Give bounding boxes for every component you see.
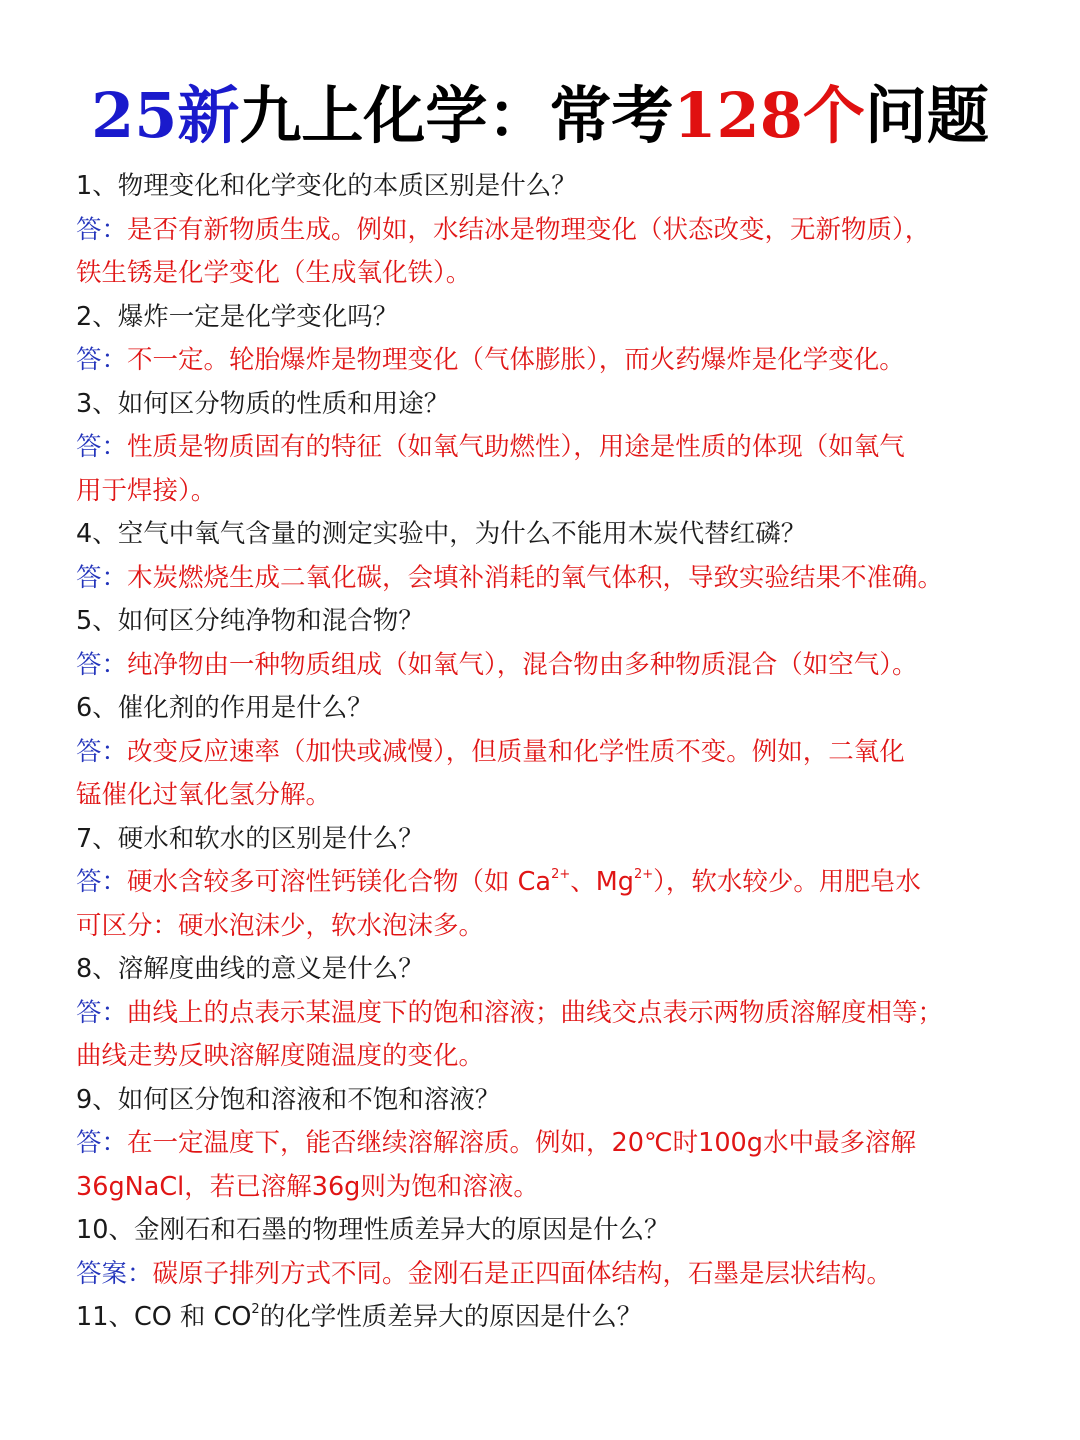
answer-9: 答：在一定温度下，能否继续溶解溶质。例如，20℃时100g水中最多溶解 bbox=[76, 1122, 1026, 1166]
answer-label: 答： bbox=[76, 563, 127, 593]
superscript-charge: 2+ bbox=[634, 867, 653, 882]
question-2: 2、爆炸一定是化学变化吗？ bbox=[76, 296, 1026, 340]
answer-9-cont: 36gNaCl，若已溶解36g则为饱和溶液。 bbox=[76, 1166, 1026, 1210]
answer-6: 答：改变反应速率（加快或减慢），但质量和化学性质不变。例如，二氧化 bbox=[76, 731, 1026, 775]
answer-10: 答案：碳原子排列方式不同。金刚石是正四面体结构，石墨是层状结构。 bbox=[76, 1253, 1026, 1297]
answer-text: 碳原子排列方式不同。金刚石是正四面体结构，石墨是层状结构。 bbox=[153, 1259, 893, 1289]
answer-label: 答： bbox=[76, 867, 127, 897]
answer-text: 硬水含较多可溶性钙镁化合物（如 Ca2+、Mg2+），软水较少。用肥皂水 bbox=[127, 867, 921, 897]
superscript: 2 bbox=[251, 1302, 259, 1317]
answer-text: 木炭燃烧生成二氧化碳，会填补消耗的氧气体积，导致实验结果不准确。 bbox=[127, 563, 943, 593]
page-title: 25新九上化学：常考128个问题 bbox=[0, 78, 1080, 154]
answer-label: 答： bbox=[76, 215, 127, 245]
answer-text: 在一定温度下，能否继续溶解溶质。例如，20℃时100g水中最多溶解 bbox=[127, 1128, 916, 1158]
answer-label: 答： bbox=[76, 345, 127, 375]
answer-4: 答：木炭燃烧生成二氧化碳，会填补消耗的氧气体积，导致实验结果不准确。 bbox=[76, 557, 1026, 601]
answer-text: 是否有新物质生成。例如，水结冰是物理变化（状态改变，无新物质）， bbox=[127, 215, 930, 245]
question-7: 7、硬水和软水的区别是什么？ bbox=[76, 818, 1026, 862]
answer-8: 答：曲线上的点表示某温度下的饱和溶液；曲线交点表示两物质溶解度相等； bbox=[76, 992, 1026, 1036]
qa-list: 1、物理变化和化学变化的本质区别是什么？ 答：是否有新物质生成。例如，水结冰是物… bbox=[76, 165, 1026, 1340]
answer-text-part: ），软水较少。用肥皂水 bbox=[653, 867, 921, 897]
answer-label: 答： bbox=[76, 998, 127, 1028]
answer-label: 答案： bbox=[76, 1259, 153, 1289]
answer-7: 答：硬水含较多可溶性钙镁化合物（如 Ca2+、Mg2+），软水较少。用肥皂水 bbox=[76, 861, 1026, 905]
answer-7-cont: 可区分：硬水泡沫少，软水泡沫多。 bbox=[76, 905, 1026, 949]
title-year-new: 25新 bbox=[91, 79, 239, 152]
answer-text: 改变反应速率（加快或减慢），但质量和化学性质不变。例如，二氧化 bbox=[127, 737, 905, 767]
answer-label: 答： bbox=[76, 650, 127, 680]
answer-text-part: 硬水含较多可溶性钙镁化合物（如 Ca bbox=[127, 867, 551, 897]
question-1: 1、物理变化和化学变化的本质区别是什么？ bbox=[76, 165, 1026, 209]
answer-text: 不一定。轮胎爆炸是物理变化（气体膨胀），而火药爆炸是化学变化。 bbox=[127, 345, 905, 375]
question-11: 11、CO 和 CO2的化学性质差异大的原因是什么？ bbox=[76, 1296, 1026, 1340]
answer-text: 性质是物质固有的特征（如氧气助燃性），用途是性质的体现（如氧气 bbox=[127, 432, 905, 462]
question-5: 5、如何区分纯净物和混合物？ bbox=[76, 600, 1026, 644]
answer-6-cont: 锰催化过氧化氢分解。 bbox=[76, 774, 1026, 818]
answer-text-part: 、Mg bbox=[570, 867, 634, 897]
answer-5: 答：纯净物由一种物质组成（如氧气），混合物由多种物质混合（如空气）。 bbox=[76, 644, 1026, 688]
question-8: 8、溶解度曲线的意义是什么？ bbox=[76, 948, 1026, 992]
answer-label: 答： bbox=[76, 432, 127, 462]
answer-label: 答： bbox=[76, 1128, 127, 1158]
answer-text: 纯净物由一种物质组成（如氧气），混合物由多种物质混合（如空气）。 bbox=[127, 650, 918, 680]
answer-1-cont: 铁生锈是化学变化（生成氧化铁）。 bbox=[76, 252, 1026, 296]
title-count: 128个 bbox=[673, 79, 864, 152]
answer-2: 答：不一定。轮胎爆炸是物理变化（气体膨胀），而火药爆炸是化学变化。 bbox=[76, 339, 1026, 383]
question-4: 4、空气中氧气含量的测定实验中，为什么不能用木炭代替红磷？ bbox=[76, 513, 1026, 557]
question-text-part: 11、CO 和 CO bbox=[76, 1302, 251, 1332]
superscript-charge: 2+ bbox=[551, 867, 570, 882]
title-suffix: 问题 bbox=[865, 79, 989, 152]
question-10: 10、金刚石和石墨的物理性质差异大的原因是什么？ bbox=[76, 1209, 1026, 1253]
answer-3-cont: 用于焊接）。 bbox=[76, 470, 1026, 514]
question-3: 3、如何区分物质的性质和用途？ bbox=[76, 383, 1026, 427]
answer-8-cont: 曲线走势反映溶解度随温度的变化。 bbox=[76, 1035, 1026, 1079]
title-subject: 九上化学：常考 bbox=[239, 79, 673, 152]
answer-3: 答：性质是物质固有的特征（如氧气助燃性），用途是性质的体现（如氧气 bbox=[76, 426, 1026, 470]
question-9: 9、如何区分饱和溶液和不饱和溶液？ bbox=[76, 1079, 1026, 1123]
question-6: 6、催化剂的作用是什么？ bbox=[76, 687, 1026, 731]
answer-text: 曲线上的点表示某温度下的饱和溶液；曲线交点表示两物质溶解度相等； bbox=[127, 998, 943, 1028]
answer-1: 答：是否有新物质生成。例如，水结冰是物理变化（状态改变，无新物质）， bbox=[76, 209, 1026, 253]
answer-label: 答： bbox=[76, 737, 127, 767]
question-text-part: 的化学性质差异大的原因是什么？ bbox=[260, 1302, 643, 1332]
